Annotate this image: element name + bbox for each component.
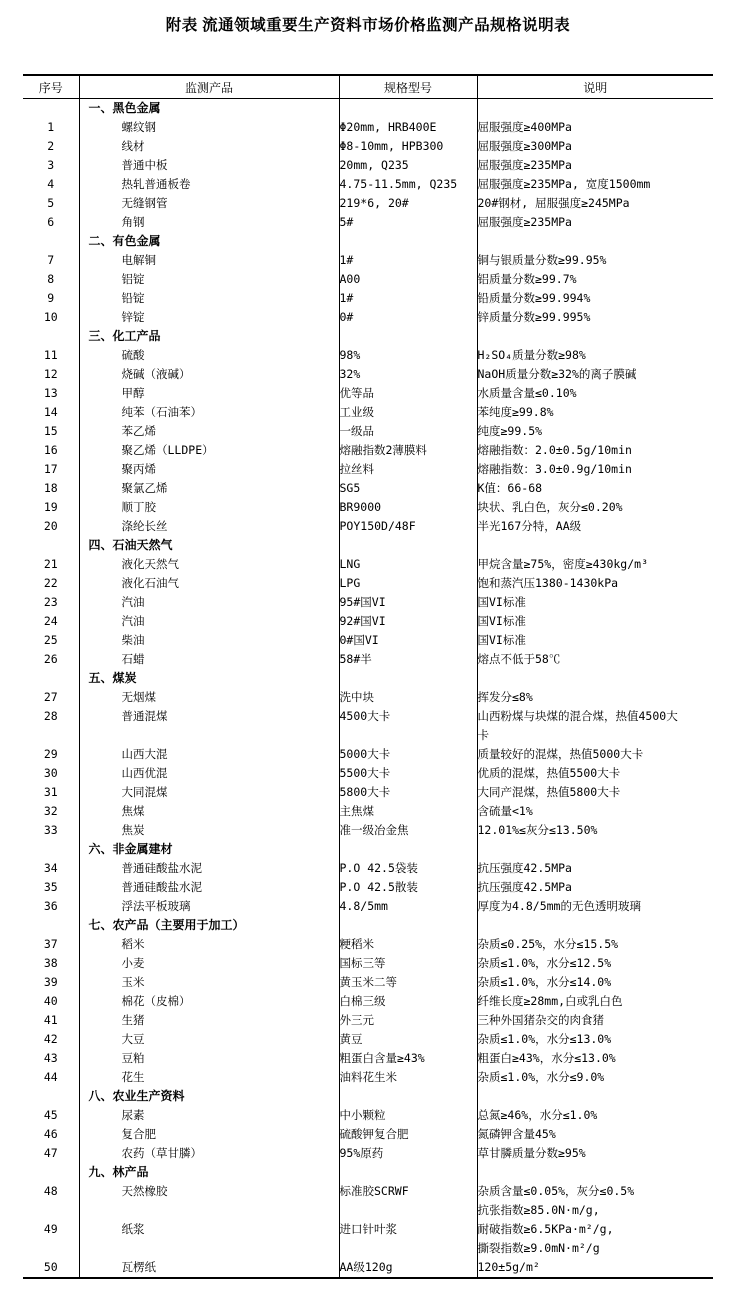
row-spec: 0# (339, 308, 477, 327)
row-product: 焦炭 (79, 821, 339, 840)
table-row: 42大豆黄豆杂质≤1.0%，水分≤13.0% (23, 1030, 713, 1049)
row-spec: 4500大卡 (339, 707, 477, 745)
row-desc: 杂质含量≤0.05%，灰分≤0.5% 抗张指数≥85.0N·m/g, (477, 1182, 713, 1220)
row-spec: 95#国VI (339, 593, 477, 612)
row-no: 32 (23, 802, 79, 821)
row-spec: 准一级冶金焦 (339, 821, 477, 840)
row-no: 3 (23, 156, 79, 175)
table-row: 34普通硅酸盐水泥P.O 42.5袋装抗压强度42.5MPa (23, 859, 713, 878)
row-product: 液化石油气 (79, 574, 339, 593)
row-product: 苯乙烯 (79, 422, 339, 441)
row-spec: 0#国VI (339, 631, 477, 650)
row-desc: 熔点不低于58℃ (477, 650, 713, 669)
row-product: 大同混煤 (79, 783, 339, 802)
row-desc: 杂质≤1.0%，水分≤14.0% (477, 973, 713, 992)
row-no (23, 536, 79, 555)
row-no: 16 (23, 441, 79, 460)
row-no: 30 (23, 764, 79, 783)
row-product: 花生 (79, 1068, 339, 1087)
row-desc: 熔融指数：3.0±0.9g/10min (477, 460, 713, 479)
row-spec: 5# (339, 213, 477, 232)
table-row: 39玉米黄玉米二等杂质≤1.0%，水分≤14.0% (23, 973, 713, 992)
row-product: 大豆 (79, 1030, 339, 1049)
row-product: 农药（草甘膦） (79, 1144, 339, 1163)
row-desc: 屈服强度≥400MPa (477, 118, 713, 137)
row-no (23, 1087, 79, 1106)
section-row: 九、林产品 (23, 1163, 713, 1182)
table-row: 31大同混煤5800大卡大同产混煤，热值5800大卡 (23, 783, 713, 802)
row-no: 34 (23, 859, 79, 878)
row-desc (477, 99, 713, 119)
section-row: 五、煤炭 (23, 669, 713, 688)
table-row: 20涤纶长丝POY150D/48F半光167分特，AA级 (23, 517, 713, 536)
row-spec: 国标三等 (339, 954, 477, 973)
row-desc: 杂质≤1.0%，水分≤13.0% (477, 1030, 713, 1049)
table-row: 44花生油料花生米杂质≤1.0%，水分≤9.0% (23, 1068, 713, 1087)
row-product: 顺丁胶 (79, 498, 339, 517)
table-row: 25柴油0#国VI国VI标准 (23, 631, 713, 650)
table-row: 48天然橡胶标准胶SCRWF杂质含量≤0.05%，灰分≤0.5% 抗张指数≥85… (23, 1182, 713, 1220)
row-product: 豆粕 (79, 1049, 339, 1068)
row-spec (339, 99, 477, 119)
row-spec: 98% (339, 346, 477, 365)
header-specification-model: 规格型号 (339, 75, 477, 99)
row-product: 浮法平板玻璃 (79, 897, 339, 916)
row-spec: POY150D/48F (339, 517, 477, 536)
row-spec: 4.8/5mm (339, 897, 477, 916)
row-no: 5 (23, 194, 79, 213)
table-row: 2线材Φ8-10mm, HPB300屈服强度≥300MPa (23, 137, 713, 156)
table-row: 4热轧普通板卷4.75-11.5mm, Q235屈服强度≥235MPa, 宽度1… (23, 175, 713, 194)
row-desc: 抗压强度42.5MPa (477, 878, 713, 897)
row-product: 螺纹钢 (79, 118, 339, 137)
row-spec: 粳稻米 (339, 935, 477, 954)
row-desc: 优质的混煤，热值5500大卡 (477, 764, 713, 783)
row-desc: 甲烷含量≥75%，密度≥430kg/m³ (477, 555, 713, 574)
header-serial-number: 序号 (23, 75, 79, 99)
row-spec: 95%原药 (339, 1144, 477, 1163)
row-desc: 苯纯度≥99.8% (477, 403, 713, 422)
row-desc: 抗压强度42.5MPa (477, 859, 713, 878)
row-desc: NaOH质量分数≥32%的离子膜碱 (477, 365, 713, 384)
row-spec: 一级品 (339, 422, 477, 441)
row-spec: 优等品 (339, 384, 477, 403)
row-desc: 12.01%≤灰分≤13.50% (477, 821, 713, 840)
row-spec (339, 1087, 477, 1106)
row-no: 44 (23, 1068, 79, 1087)
row-no: 48 (23, 1182, 79, 1220)
row-no: 21 (23, 555, 79, 574)
row-spec: LNG (339, 555, 477, 574)
row-no: 36 (23, 897, 79, 916)
table-row: 38小麦国标三等杂质≤1.0%，水分≤12.5% (23, 954, 713, 973)
row-no: 6 (23, 213, 79, 232)
row-spec: 标准胶SCRWF (339, 1182, 477, 1220)
row-desc: 杂质≤1.0%，水分≤9.0% (477, 1068, 713, 1087)
table-row: 50瓦楞纸AA级120g120±5g/m² (23, 1258, 713, 1278)
row-desc: 纤维长度≥28mm,白或乳白色 (477, 992, 713, 1011)
row-desc: 山西粉煤与块煤的混合煤，热值4500大 卡 (477, 707, 713, 745)
table-row: 3普通中板20mm, Q235屈服强度≥235MPa (23, 156, 713, 175)
row-desc: H₂SO₄质量分数≥98% (477, 346, 713, 365)
row-product: 焦煤 (79, 802, 339, 821)
row-spec (339, 916, 477, 935)
section-label: 五、煤炭 (79, 669, 339, 688)
table-body: 一、黑色金属1螺纹钢Φ20mm, HRB400E屈服强度≥400MPa2线材Φ8… (23, 99, 713, 1279)
table-row: 11硫酸98%H₂SO₄质量分数≥98% (23, 346, 713, 365)
section-row: 二、有色金属 (23, 232, 713, 251)
table-row: 49纸浆进口针叶浆耐破指数≥6.5KPa·m²/g, 撕裂指数≥9.0mN·m²… (23, 1220, 713, 1258)
row-product: 玉米 (79, 973, 339, 992)
row-desc: 粗蛋白≥43%，水分≤13.0% (477, 1049, 713, 1068)
row-spec: 5000大卡 (339, 745, 477, 764)
row-no: 45 (23, 1106, 79, 1125)
section-label: 八、农业生产资料 (79, 1087, 339, 1106)
row-spec: 进口针叶浆 (339, 1220, 477, 1258)
row-no: 27 (23, 688, 79, 707)
row-no: 28 (23, 707, 79, 745)
row-no: 11 (23, 346, 79, 365)
table-row: 24汽油92#国VI国VI标准 (23, 612, 713, 631)
row-product: 锌锭 (79, 308, 339, 327)
section-row: 四、石油天然气 (23, 536, 713, 555)
row-no: 22 (23, 574, 79, 593)
table-row: 18聚氯乙烯SG5K值：66-68 (23, 479, 713, 498)
row-no: 23 (23, 593, 79, 612)
row-desc: 锌质量分数≥99.995% (477, 308, 713, 327)
table-row: 5无缝钢管219*6, 20#20#钢材, 屈服强度≥245MPa (23, 194, 713, 213)
row-spec: AA级120g (339, 1258, 477, 1278)
section-label: 四、石油天然气 (79, 536, 339, 555)
table-row: 6角钢5#屈服强度≥235MPa (23, 213, 713, 232)
row-no: 18 (23, 479, 79, 498)
row-spec: 外三元 (339, 1011, 477, 1030)
row-no (23, 1163, 79, 1182)
table-row: 27无烟煤洗中块挥发分≤8% (23, 688, 713, 707)
row-no: 37 (23, 935, 79, 954)
row-product: 稻米 (79, 935, 339, 954)
table-row: 16聚乙烯（LLDPE）熔融指数2薄膜料熔融指数：2.0±0.5g/10min (23, 441, 713, 460)
row-product: 小麦 (79, 954, 339, 973)
row-product: 甲醇 (79, 384, 339, 403)
row-spec: 黄豆 (339, 1030, 477, 1049)
row-no: 39 (23, 973, 79, 992)
row-spec: 粗蛋白含量≥43% (339, 1049, 477, 1068)
row-spec: 32% (339, 365, 477, 384)
row-spec: 熔融指数2薄膜料 (339, 441, 477, 460)
row-product: 铅锭 (79, 289, 339, 308)
row-product: 角钢 (79, 213, 339, 232)
row-desc: 挥发分≤8% (477, 688, 713, 707)
document-page: 附表 流通领域重要生产资料市场价格监测产品规格说明表 序号 监测产品 规格型号 … (0, 0, 736, 1299)
row-desc: 20#钢材, 屈服强度≥245MPa (477, 194, 713, 213)
row-product: 纸浆 (79, 1220, 339, 1258)
row-desc (477, 327, 713, 346)
row-no (23, 840, 79, 859)
table-row: 19顺丁胶BR9000块状、乳白色，灰分≤0.20% (23, 498, 713, 517)
row-product: 汽油 (79, 612, 339, 631)
table-row: 26石蜡58#半熔点不低于58℃ (23, 650, 713, 669)
row-no: 29 (23, 745, 79, 764)
section-label: 二、有色金属 (79, 232, 339, 251)
spec-table: 序号 监测产品 规格型号 说明 一、黑色金属1螺纹钢Φ20mm, HRB400E… (23, 74, 713, 1279)
table-row: 9铅锭1#铅质量分数≥99.994% (23, 289, 713, 308)
row-desc (477, 916, 713, 935)
row-product: 聚丙烯 (79, 460, 339, 479)
row-spec: 4.75-11.5mm, Q235 (339, 175, 477, 194)
row-desc: 屈服强度≥300MPa (477, 137, 713, 156)
row-product: 普通混煤 (79, 707, 339, 745)
row-no: 26 (23, 650, 79, 669)
row-no (23, 669, 79, 688)
row-product: 液化天然气 (79, 555, 339, 574)
page-title: 附表 流通领域重要生产资料市场价格监测产品规格说明表 (0, 0, 736, 35)
row-spec: 主焦煤 (339, 802, 477, 821)
row-product: 普通中板 (79, 156, 339, 175)
row-no: 20 (23, 517, 79, 536)
section-row: 七、农产品（主要用于加工） (23, 916, 713, 935)
row-no: 8 (23, 270, 79, 289)
row-desc: 总氮≥46%，水分≤1.0% (477, 1106, 713, 1125)
row-desc (477, 1087, 713, 1106)
section-label: 七、农产品（主要用于加工） (79, 916, 339, 935)
table-row: 43豆粕粗蛋白含量≥43%粗蛋白≥43%，水分≤13.0% (23, 1049, 713, 1068)
row-desc: 国VI标准 (477, 593, 713, 612)
row-no (23, 99, 79, 119)
row-spec: 油料花生米 (339, 1068, 477, 1087)
row-no: 15 (23, 422, 79, 441)
table-row: 46复合肥硫酸钾复合肥氮磷钾含量45% (23, 1125, 713, 1144)
header-monitored-product: 监测产品 (79, 75, 339, 99)
row-product: 天然橡胶 (79, 1182, 339, 1220)
row-product: 聚乙烯（LLDPE） (79, 441, 339, 460)
row-no: 49 (23, 1220, 79, 1258)
row-desc: 杂质≤0.25%，水分≤15.5% (477, 935, 713, 954)
row-spec: 58#半 (339, 650, 477, 669)
row-no: 50 (23, 1258, 79, 1278)
row-spec (339, 327, 477, 346)
row-spec: P.O 42.5袋装 (339, 859, 477, 878)
row-product: 普通硅酸盐水泥 (79, 878, 339, 897)
row-no: 42 (23, 1030, 79, 1049)
row-product: 尿素 (79, 1106, 339, 1125)
table-row: 35普通硅酸盐水泥P.O 42.5散装抗压强度42.5MPa (23, 878, 713, 897)
row-product: 铝锭 (79, 270, 339, 289)
row-no: 41 (23, 1011, 79, 1030)
row-no: 12 (23, 365, 79, 384)
row-desc: 铝质量分数≥99.7% (477, 270, 713, 289)
row-spec: 20mm, Q235 (339, 156, 477, 175)
table-row: 12烧碱（液碱）32%NaOH质量分数≥32%的离子膜碱 (23, 365, 713, 384)
row-spec (339, 1163, 477, 1182)
row-spec: Φ8-10mm, HPB300 (339, 137, 477, 156)
row-no: 10 (23, 308, 79, 327)
row-spec: 5500大卡 (339, 764, 477, 783)
row-no: 19 (23, 498, 79, 517)
table-row: 29山西大混5000大卡质量较好的混煤，热值5000大卡 (23, 745, 713, 764)
row-desc: 耐破指数≥6.5KPa·m²/g, 撕裂指数≥9.0mN·m²/g (477, 1220, 713, 1258)
row-desc (477, 232, 713, 251)
row-desc: 块状、乳白色，灰分≤0.20% (477, 498, 713, 517)
row-desc: 三种外国猪杂交的肉食猪 (477, 1011, 713, 1030)
row-no: 2 (23, 137, 79, 156)
row-desc: 国VI标准 (477, 631, 713, 650)
table-row: 22液化石油气LPG饱和蒸汽压1380-1430kPa (23, 574, 713, 593)
row-desc: 半光167分特，AA级 (477, 517, 713, 536)
row-no: 47 (23, 1144, 79, 1163)
row-product: 无缝钢管 (79, 194, 339, 213)
row-spec (339, 669, 477, 688)
section-row: 八、农业生产资料 (23, 1087, 713, 1106)
row-desc: 铜与银质量分数≥99.95% (477, 251, 713, 270)
row-desc: 熔融指数：2.0±0.5g/10min (477, 441, 713, 460)
row-product: 涤纶长丝 (79, 517, 339, 536)
table-row: 13甲醇优等品水质量含量≤0.10% (23, 384, 713, 403)
row-no: 38 (23, 954, 79, 973)
row-product: 山西优混 (79, 764, 339, 783)
row-desc: 屈服强度≥235MPa (477, 213, 713, 232)
row-desc: 氮磷钾含量45% (477, 1125, 713, 1144)
row-desc (477, 536, 713, 555)
row-spec: 219*6, 20# (339, 194, 477, 213)
row-product: 汽油 (79, 593, 339, 612)
row-desc: 厚度为4.8/5mm的无色透明玻璃 (477, 897, 713, 916)
row-no: 35 (23, 878, 79, 897)
row-no: 17 (23, 460, 79, 479)
row-no: 13 (23, 384, 79, 403)
row-spec (339, 232, 477, 251)
row-product: 棉花（皮棉） (79, 992, 339, 1011)
row-product: 生猪 (79, 1011, 339, 1030)
row-product: 热轧普通板卷 (79, 175, 339, 194)
table-row: 32焦煤主焦煤含硫量<1% (23, 802, 713, 821)
row-spec: 1# (339, 251, 477, 270)
header-row: 序号 监测产品 规格型号 说明 (23, 75, 713, 99)
table-row: 37稻米粳稻米杂质≤0.25%，水分≤15.5% (23, 935, 713, 954)
row-desc: 杂质≤1.0%，水分≤12.5% (477, 954, 713, 973)
row-spec: SG5 (339, 479, 477, 498)
table-row: 17聚丙烯拉丝料熔融指数：3.0±0.9g/10min (23, 460, 713, 479)
row-product: 瓦楞纸 (79, 1258, 339, 1278)
row-no (23, 327, 79, 346)
table-row: 23汽油95#国VI国VI标准 (23, 593, 713, 612)
row-product: 烧碱（液碱） (79, 365, 339, 384)
table-row: 41生猪外三元三种外国猪杂交的肉食猪 (23, 1011, 713, 1030)
row-no (23, 916, 79, 935)
row-spec: 1# (339, 289, 477, 308)
row-spec: 拉丝料 (339, 460, 477, 479)
row-no: 43 (23, 1049, 79, 1068)
row-product: 电解铜 (79, 251, 339, 270)
header-description: 说明 (477, 75, 713, 99)
section-label: 一、黑色金属 (79, 99, 339, 119)
row-spec: 工业级 (339, 403, 477, 422)
row-product: 柴油 (79, 631, 339, 650)
section-row: 六、非金属建材 (23, 840, 713, 859)
row-product: 硫酸 (79, 346, 339, 365)
row-no: 25 (23, 631, 79, 650)
table-row: 7电解铜1#铜与银质量分数≥99.95% (23, 251, 713, 270)
row-desc: 纯度≥99.5% (477, 422, 713, 441)
table-row: 1螺纹钢Φ20mm, HRB400E屈服强度≥400MPa (23, 118, 713, 137)
row-desc: 草甘膦质量分数≥95% (477, 1144, 713, 1163)
row-desc: 120±5g/m² (477, 1258, 713, 1278)
table-row: 47农药（草甘膦）95%原药草甘膦质量分数≥95% (23, 1144, 713, 1163)
row-no: 46 (23, 1125, 79, 1144)
row-desc: 屈服强度≥235MPa, 宽度1500mm (477, 175, 713, 194)
row-spec: BR9000 (339, 498, 477, 517)
row-no: 40 (23, 992, 79, 1011)
row-spec: Φ20mm, HRB400E (339, 118, 477, 137)
row-no: 31 (23, 783, 79, 802)
row-no: 24 (23, 612, 79, 631)
row-product: 纯苯（石油苯） (79, 403, 339, 422)
row-no: 1 (23, 118, 79, 137)
table-row: 8铝锭A00铝质量分数≥99.7% (23, 270, 713, 289)
table-row: 40棉花（皮棉）白棉三级纤维长度≥28mm,白或乳白色 (23, 992, 713, 1011)
table-row: 28普通混煤4500大卡山西粉煤与块煤的混合煤，热值4500大 卡 (23, 707, 713, 745)
row-desc: 饱和蒸汽压1380-1430kPa (477, 574, 713, 593)
table-row: 14纯苯（石油苯）工业级苯纯度≥99.8% (23, 403, 713, 422)
row-spec: 洗中块 (339, 688, 477, 707)
table-row: 36浮法平板玻璃4.8/5mm厚度为4.8/5mm的无色透明玻璃 (23, 897, 713, 916)
row-product: 石蜡 (79, 650, 339, 669)
row-desc: 水质量含量≤0.10% (477, 384, 713, 403)
row-product: 山西大混 (79, 745, 339, 764)
row-spec: LPG (339, 574, 477, 593)
row-spec (339, 840, 477, 859)
row-no: 7 (23, 251, 79, 270)
row-spec: P.O 42.5散装 (339, 878, 477, 897)
row-desc (477, 1163, 713, 1182)
table-row: 30山西优混5500大卡优质的混煤，热值5500大卡 (23, 764, 713, 783)
row-no (23, 232, 79, 251)
row-desc: K值：66-68 (477, 479, 713, 498)
table-row: 21液化天然气LNG甲烷含量≥75%，密度≥430kg/m³ (23, 555, 713, 574)
row-desc: 质量较好的混煤，热值5000大卡 (477, 745, 713, 764)
row-product: 普通硅酸盐水泥 (79, 859, 339, 878)
row-no: 14 (23, 403, 79, 422)
section-row: 三、化工产品 (23, 327, 713, 346)
section-label: 三、化工产品 (79, 327, 339, 346)
row-desc: 铅质量分数≥99.994% (477, 289, 713, 308)
row-no: 4 (23, 175, 79, 194)
row-spec: 中小颗粒 (339, 1106, 477, 1125)
row-spec: 白棉三级 (339, 992, 477, 1011)
table-row: 15苯乙烯一级品纯度≥99.5% (23, 422, 713, 441)
section-label: 九、林产品 (79, 1163, 339, 1182)
row-desc: 国VI标准 (477, 612, 713, 631)
row-desc (477, 669, 713, 688)
row-spec: 黄玉米二等 (339, 973, 477, 992)
table-row: 45尿素中小颗粒总氮≥46%，水分≤1.0% (23, 1106, 713, 1125)
row-product: 聚氯乙烯 (79, 479, 339, 498)
row-spec: 92#国VI (339, 612, 477, 631)
row-desc: 大同产混煤，热值5800大卡 (477, 783, 713, 802)
table-row: 10锌锭0#锌质量分数≥99.995% (23, 308, 713, 327)
row-product: 无烟煤 (79, 688, 339, 707)
section-label: 六、非金属建材 (79, 840, 339, 859)
row-spec (339, 536, 477, 555)
row-desc: 含硫量<1% (477, 802, 713, 821)
section-row: 一、黑色金属 (23, 99, 713, 119)
row-desc: 屈服强度≥235MPa (477, 156, 713, 175)
row-spec: 硫酸钾复合肥 (339, 1125, 477, 1144)
row-spec: 5800大卡 (339, 783, 477, 802)
row-no: 33 (23, 821, 79, 840)
row-product: 复合肥 (79, 1125, 339, 1144)
row-spec: A00 (339, 270, 477, 289)
